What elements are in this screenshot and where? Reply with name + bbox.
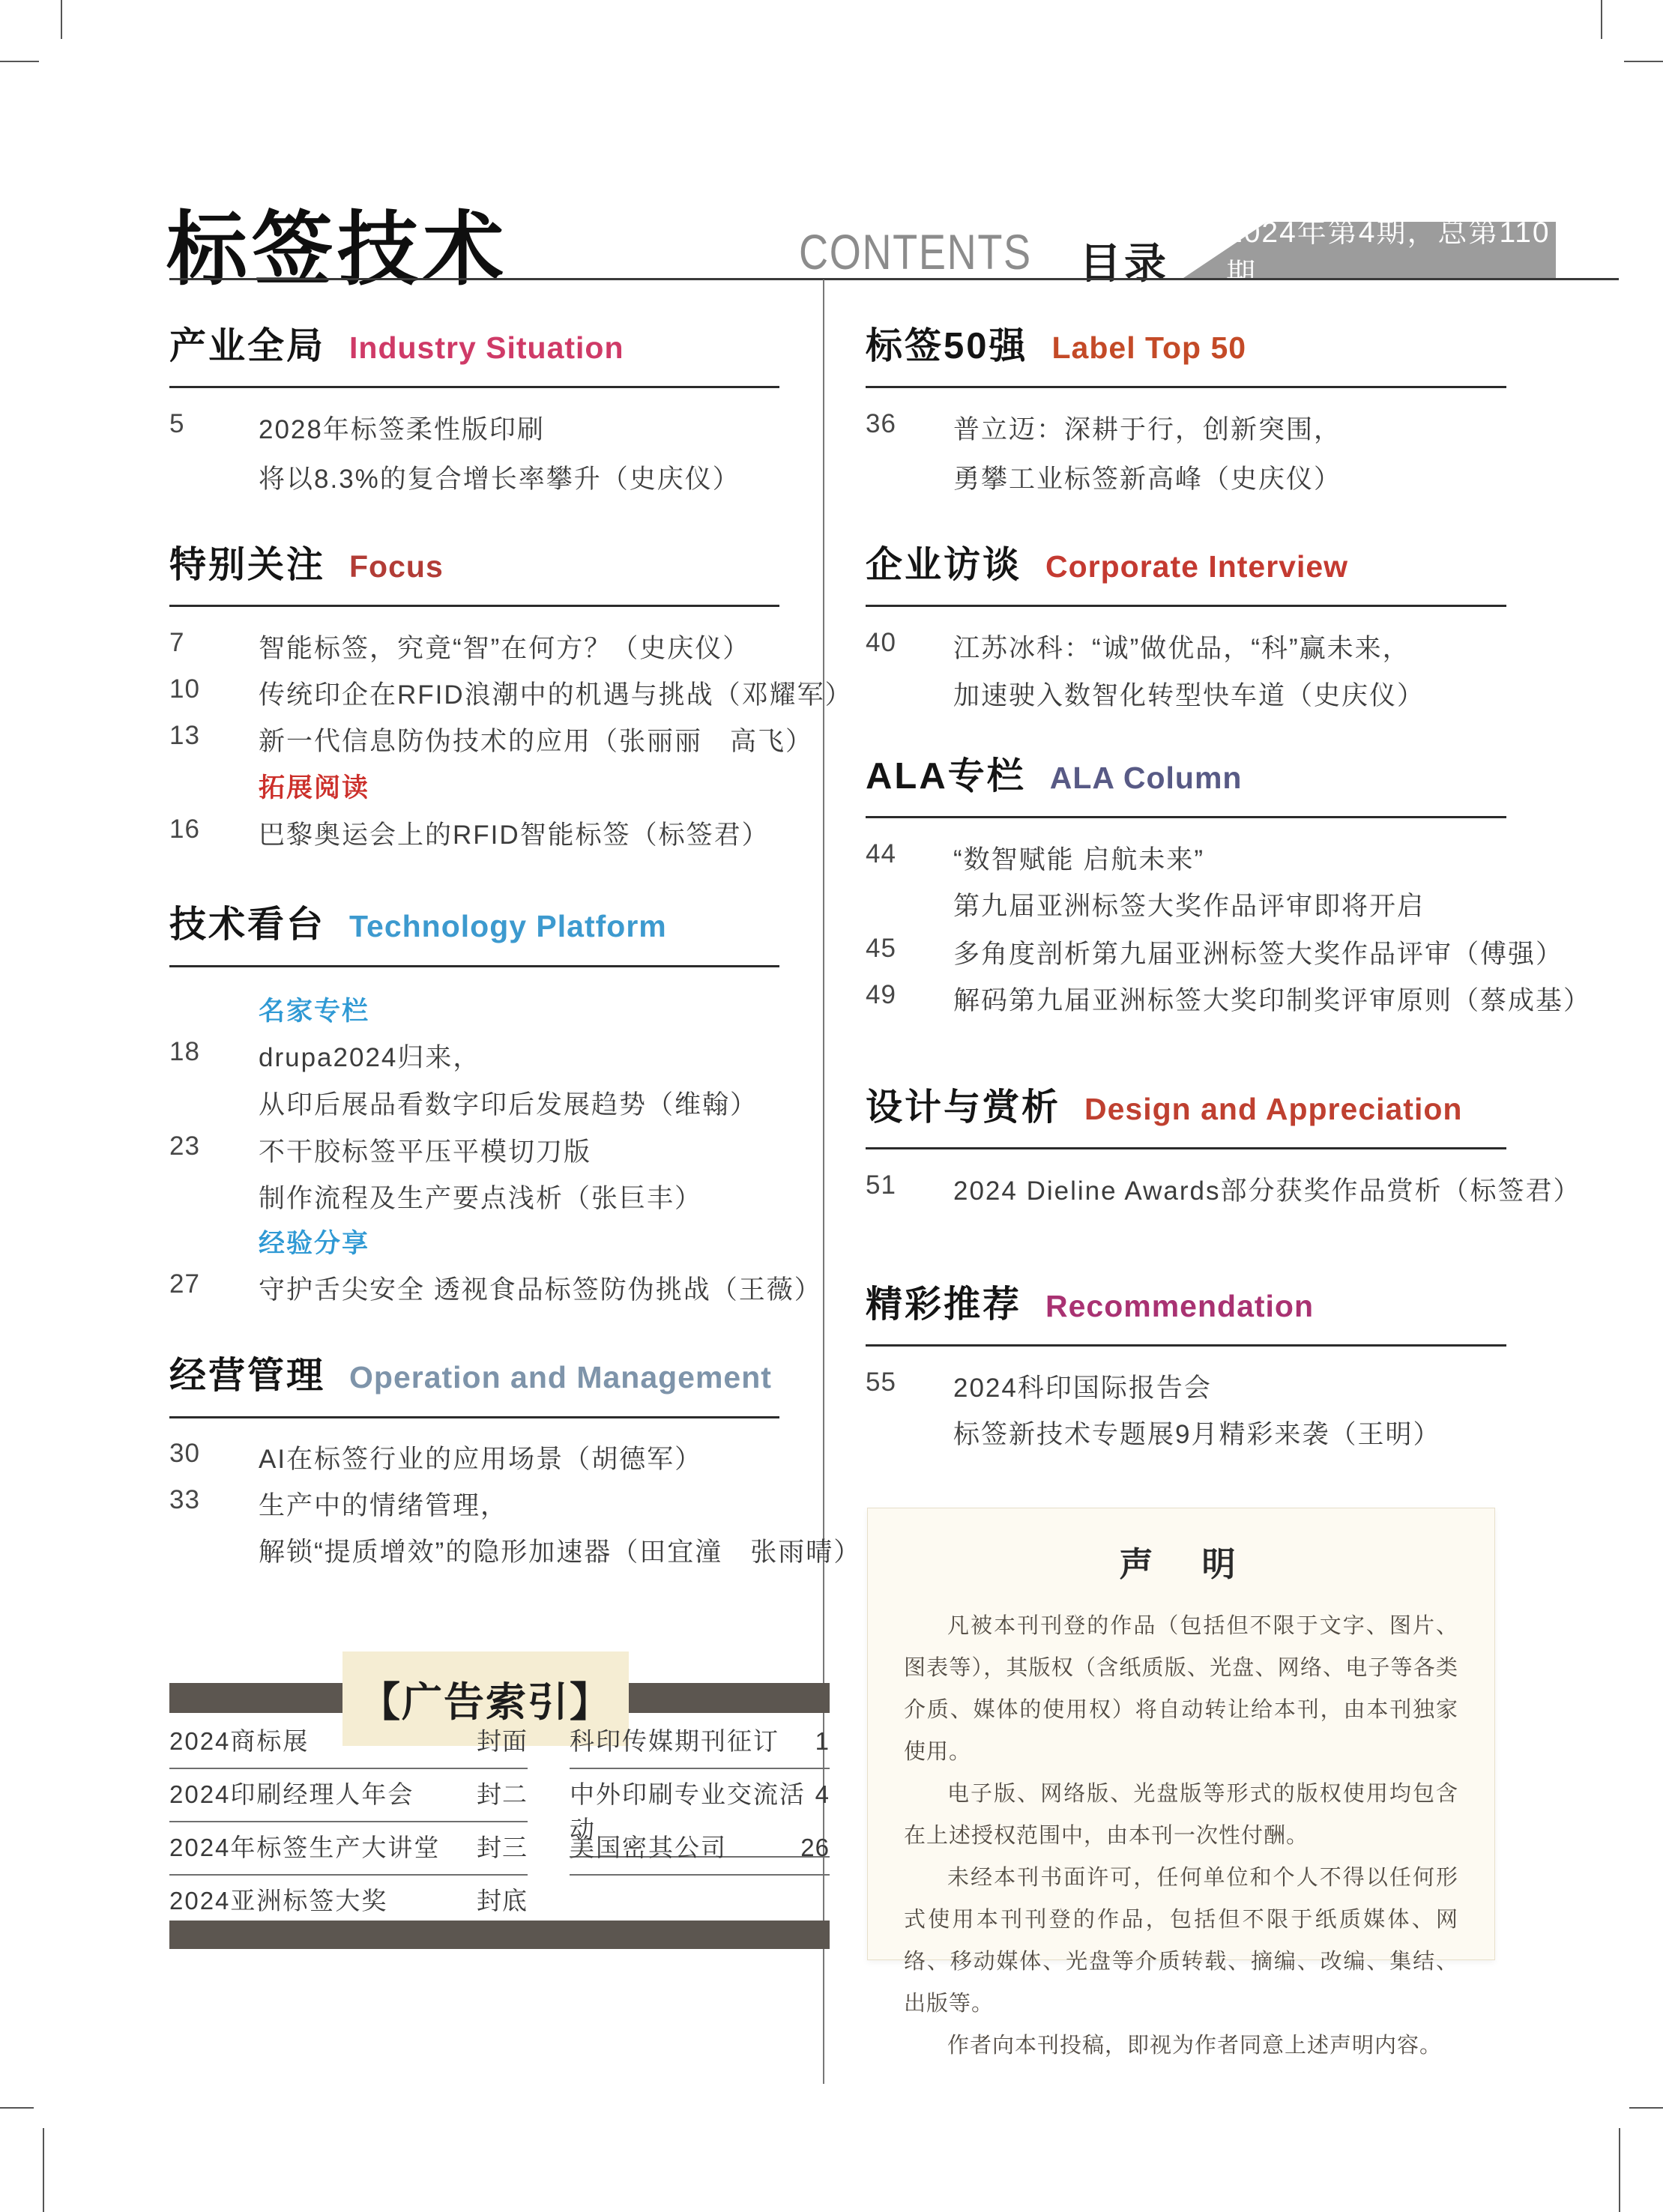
section-title-en: Label Top 50 xyxy=(1052,333,1247,365)
ad-index-bar-right xyxy=(629,1683,830,1713)
section-rule xyxy=(169,965,779,967)
toc-line: 制作流程及生产要点浅析（张巨丰） xyxy=(259,1178,702,1215)
toc-line: 江苏冰科：“诚”做优品，“科”赢未来， xyxy=(953,628,1410,665)
toc-line: AI在标签行业的应用场景（胡德军） xyxy=(259,1439,702,1476)
toc-page-number: 49 xyxy=(866,980,896,1010)
section-header-design-appreciation: 设计与赏析 Design and Appreciation xyxy=(866,1090,1462,1126)
toc-line: drupa2024归来， xyxy=(259,1037,480,1075)
contents-heading-cn: 目录 xyxy=(1079,231,1169,291)
section-rule xyxy=(866,605,1506,607)
section-header-ala-column: ALA专栏 ALA Column xyxy=(866,758,1242,795)
toc-page-number: 27 xyxy=(169,1269,200,1299)
section-rule xyxy=(169,1416,779,1418)
toc-page-number: 13 xyxy=(169,721,200,751)
toc-page-number: 23 xyxy=(169,1131,200,1161)
toc-line: 新一代信息防伪技术的应用（张丽丽 高飞） xyxy=(259,721,813,758)
section-title-cn: 标签50强 xyxy=(866,328,1028,365)
toc-line: 将以8.3%的复合增长率攀升（史庆仪） xyxy=(259,459,740,496)
magazine-title: 标签技术 xyxy=(166,184,508,300)
section-title-cn: 企业访谈 xyxy=(866,547,1021,584)
section-title-en: Focus xyxy=(349,552,444,584)
section-title-en: Industry Situation xyxy=(349,333,624,365)
section-title-en: Recommendation xyxy=(1045,1291,1314,1323)
section-title-en: Design and Appreciation xyxy=(1084,1094,1462,1126)
section-header-label-top-50: 标签50强 Label Top 50 xyxy=(866,328,1246,365)
ad-index-bar-bottom xyxy=(169,1921,830,1949)
toc-line: “数智赋能 启航未来” xyxy=(953,839,1204,877)
ad-row-title: 美国密其公司 xyxy=(570,1828,727,1864)
section-title-en: Technology Platform xyxy=(349,911,667,943)
toc-page-number: 18 xyxy=(169,1037,200,1067)
sub-column-label: 经验分享 xyxy=(259,1223,369,1260)
toc-line: 不干胶标签平压平模切刀版 xyxy=(259,1131,591,1169)
ad-row-title: 2024亚洲标签大奖 xyxy=(169,1882,387,1917)
statement-paragraph: 作者向本刊投稿，即视为作者同意上述声明内容。 xyxy=(904,2025,1458,2067)
section-title-en: Operation and Management xyxy=(349,1362,772,1394)
toc-line: 巴黎奥运会上的RFID智能标签（标签君） xyxy=(259,815,770,852)
toc-page-number: 45 xyxy=(866,934,896,964)
statement-title: 声 明 xyxy=(904,1537,1458,1586)
toc-page-number: 36 xyxy=(866,409,896,439)
section-title-cn: 精彩推荐 xyxy=(866,1287,1021,1323)
section-rule xyxy=(866,386,1506,388)
crop-mark-bottom-right-h xyxy=(1629,2107,1663,2109)
crop-mark-top-left-h xyxy=(0,61,39,62)
ad-row-page: 1 xyxy=(815,1727,830,1756)
section-rule xyxy=(169,605,779,607)
contents-heading-en: CONTENTS xyxy=(799,223,1032,280)
toc-line: 多角度剖析第九届亚洲标签大奖作品评审（傅强） xyxy=(953,934,1563,971)
section-rule xyxy=(866,1147,1506,1149)
section-header-technology-platform: 技术看台 Technology Platform xyxy=(169,907,667,943)
ad-row-page: 封二 xyxy=(477,1775,528,1810)
section-title-cn: ALA专栏 xyxy=(866,758,1026,795)
toc-line: 加速驶入数智化转型快车道（史庆仪） xyxy=(953,675,1425,713)
ad-row-page: 封底 xyxy=(477,1882,528,1917)
sub-column-label: 拓展阅读 xyxy=(259,767,369,805)
toc-page-number: 51 xyxy=(866,1170,896,1200)
toc-page-number: 30 xyxy=(169,1439,200,1469)
sub-column-label: 名家专栏 xyxy=(259,991,369,1028)
section-header-focus: 特别关注 Focus xyxy=(169,547,444,584)
toc-line: 传统印企在RFID浪潮中的机遇与挑战（邓耀军） xyxy=(259,674,853,712)
toc-page-number: 7 xyxy=(169,628,184,658)
crop-mark-bottom-right-v xyxy=(1619,2128,1620,2212)
toc-line: 生产中的情绪管理， xyxy=(259,1485,508,1523)
section-title-cn: 特别关注 xyxy=(169,547,325,584)
toc-page-number: 40 xyxy=(866,628,896,658)
toc-page-number: 44 xyxy=(866,839,896,869)
toc-line: 2024科印国际报告会 xyxy=(953,1368,1212,1405)
ad-row-title: 2024印刷经理人年会 xyxy=(169,1775,414,1810)
section-header-recommendation: 精彩推荐 Recommendation xyxy=(866,1287,1314,1323)
toc-line: 从印后展品看数字印后发展趋势（维翰） xyxy=(259,1084,758,1122)
crop-mark-top-right-h xyxy=(1624,61,1663,62)
toc-line: 智能标签，究竟“智”在何方？（史庆仪） xyxy=(259,628,750,665)
toc-line: 2024 Dieline Awards部分获奖作品赏析（标签君） xyxy=(953,1170,1581,1208)
ad-row: 2024商标展 封面 xyxy=(169,1722,528,1769)
ad-row: 2024年标签生产大讲堂 封三 xyxy=(169,1828,528,1876)
toc-line: 标签新技术专题展9月精彩来袭（王明） xyxy=(953,1414,1440,1451)
statement-paragraph: 未经本刊书面许可，任何单位和个人不得以任何形式使用本刊刊登的作品，包括但不限于纸… xyxy=(904,1857,1458,2025)
ad-row-page: 封面 xyxy=(477,1722,528,1757)
toc-line: 2028年标签柔性版印刷 xyxy=(259,409,545,447)
section-rule xyxy=(866,816,1506,818)
ad-row-title: 2024年标签生产大讲堂 xyxy=(169,1828,440,1864)
ad-row: 美国密其公司 26 xyxy=(570,1828,830,1876)
section-header-corporate-interview: 企业访谈 Corporate Interview xyxy=(866,547,1348,584)
section-title-cn: 产业全局 xyxy=(169,328,325,365)
toc-page-number: 16 xyxy=(169,815,200,844)
ad-row: 2024印刷经理人年会 封二 xyxy=(169,1775,528,1822)
statement-box: 声 明 凡被本刊刊登的作品（包括但不限于文字、图片、图表等），其版权（含纸质版、… xyxy=(867,1508,1495,1960)
section-title-en: ALA Column xyxy=(1050,763,1243,795)
ad-row-page: 26 xyxy=(800,1834,830,1862)
issue-badge: 2024年第4期，总第110期 xyxy=(1181,222,1556,279)
ad-row-page: 封三 xyxy=(477,1828,528,1864)
crop-mark-bottom-left-h xyxy=(0,2107,34,2109)
ad-index-bar-left xyxy=(169,1683,342,1713)
ad-row-title: 科印传媒期刊征订 xyxy=(570,1722,779,1757)
section-title-cn: 经营管理 xyxy=(169,1358,325,1394)
ad-row-title: 2024商标展 xyxy=(169,1722,309,1757)
header-rule xyxy=(169,278,1619,280)
section-header-operation-management: 经营管理 Operation and Management xyxy=(169,1358,772,1394)
ad-row: 科印传媒期刊征订 1 xyxy=(570,1722,830,1769)
toc-line: 守护舌尖安全 透视食品标签防伪挑战（王薇） xyxy=(259,1269,822,1307)
crop-mark-top-left-v xyxy=(61,0,62,39)
section-rule xyxy=(169,386,779,388)
crop-mark-top-right-v xyxy=(1601,0,1602,39)
toc-line: 勇攀工业标签新高峰（史庆仪） xyxy=(953,459,1341,496)
crop-mark-bottom-left-v xyxy=(43,2128,44,2212)
magazine-toc-page: 标签技术 CONTENTS 目录 2024年第4期，总第110期 产业全局 In… xyxy=(0,0,1663,2212)
section-title-cn: 设计与赏析 xyxy=(866,1090,1060,1126)
section-rule xyxy=(866,1344,1506,1347)
statement-paragraph: 电子版、网络版、光盘版等形式的版权使用均包含在上述授权范围中，由本刊一次性付酬。 xyxy=(904,1773,1458,1857)
toc-page-number: 33 xyxy=(169,1485,200,1515)
section-title-en: Corporate Interview xyxy=(1045,552,1348,584)
toc-line: 第九届亚洲标签大奖作品评审即将开启 xyxy=(953,886,1425,923)
toc-page-number: 5 xyxy=(169,409,184,439)
section-header-industry-situation: 产业全局 Industry Situation xyxy=(169,328,624,365)
toc-line: 普立迈：深耕于行，创新突围， xyxy=(953,409,1341,447)
toc-page-number: 55 xyxy=(866,1368,896,1397)
statement-paragraph: 凡被本刊刊登的作品（包括但不限于文字、图片、图表等），其版权（含纸质版、光盘、网… xyxy=(904,1605,1458,1773)
toc-line: 解锁“提质增效”的隐形加速器（田宜潼 张雨晴） xyxy=(259,1532,861,1569)
toc-page-number: 10 xyxy=(169,674,200,704)
toc-line: 解码第九届亚洲标签大奖印制奖评审原则（蔡成基） xyxy=(953,980,1591,1018)
section-title-cn: 技术看台 xyxy=(169,907,325,943)
ad-row-page: 4 xyxy=(815,1780,830,1809)
